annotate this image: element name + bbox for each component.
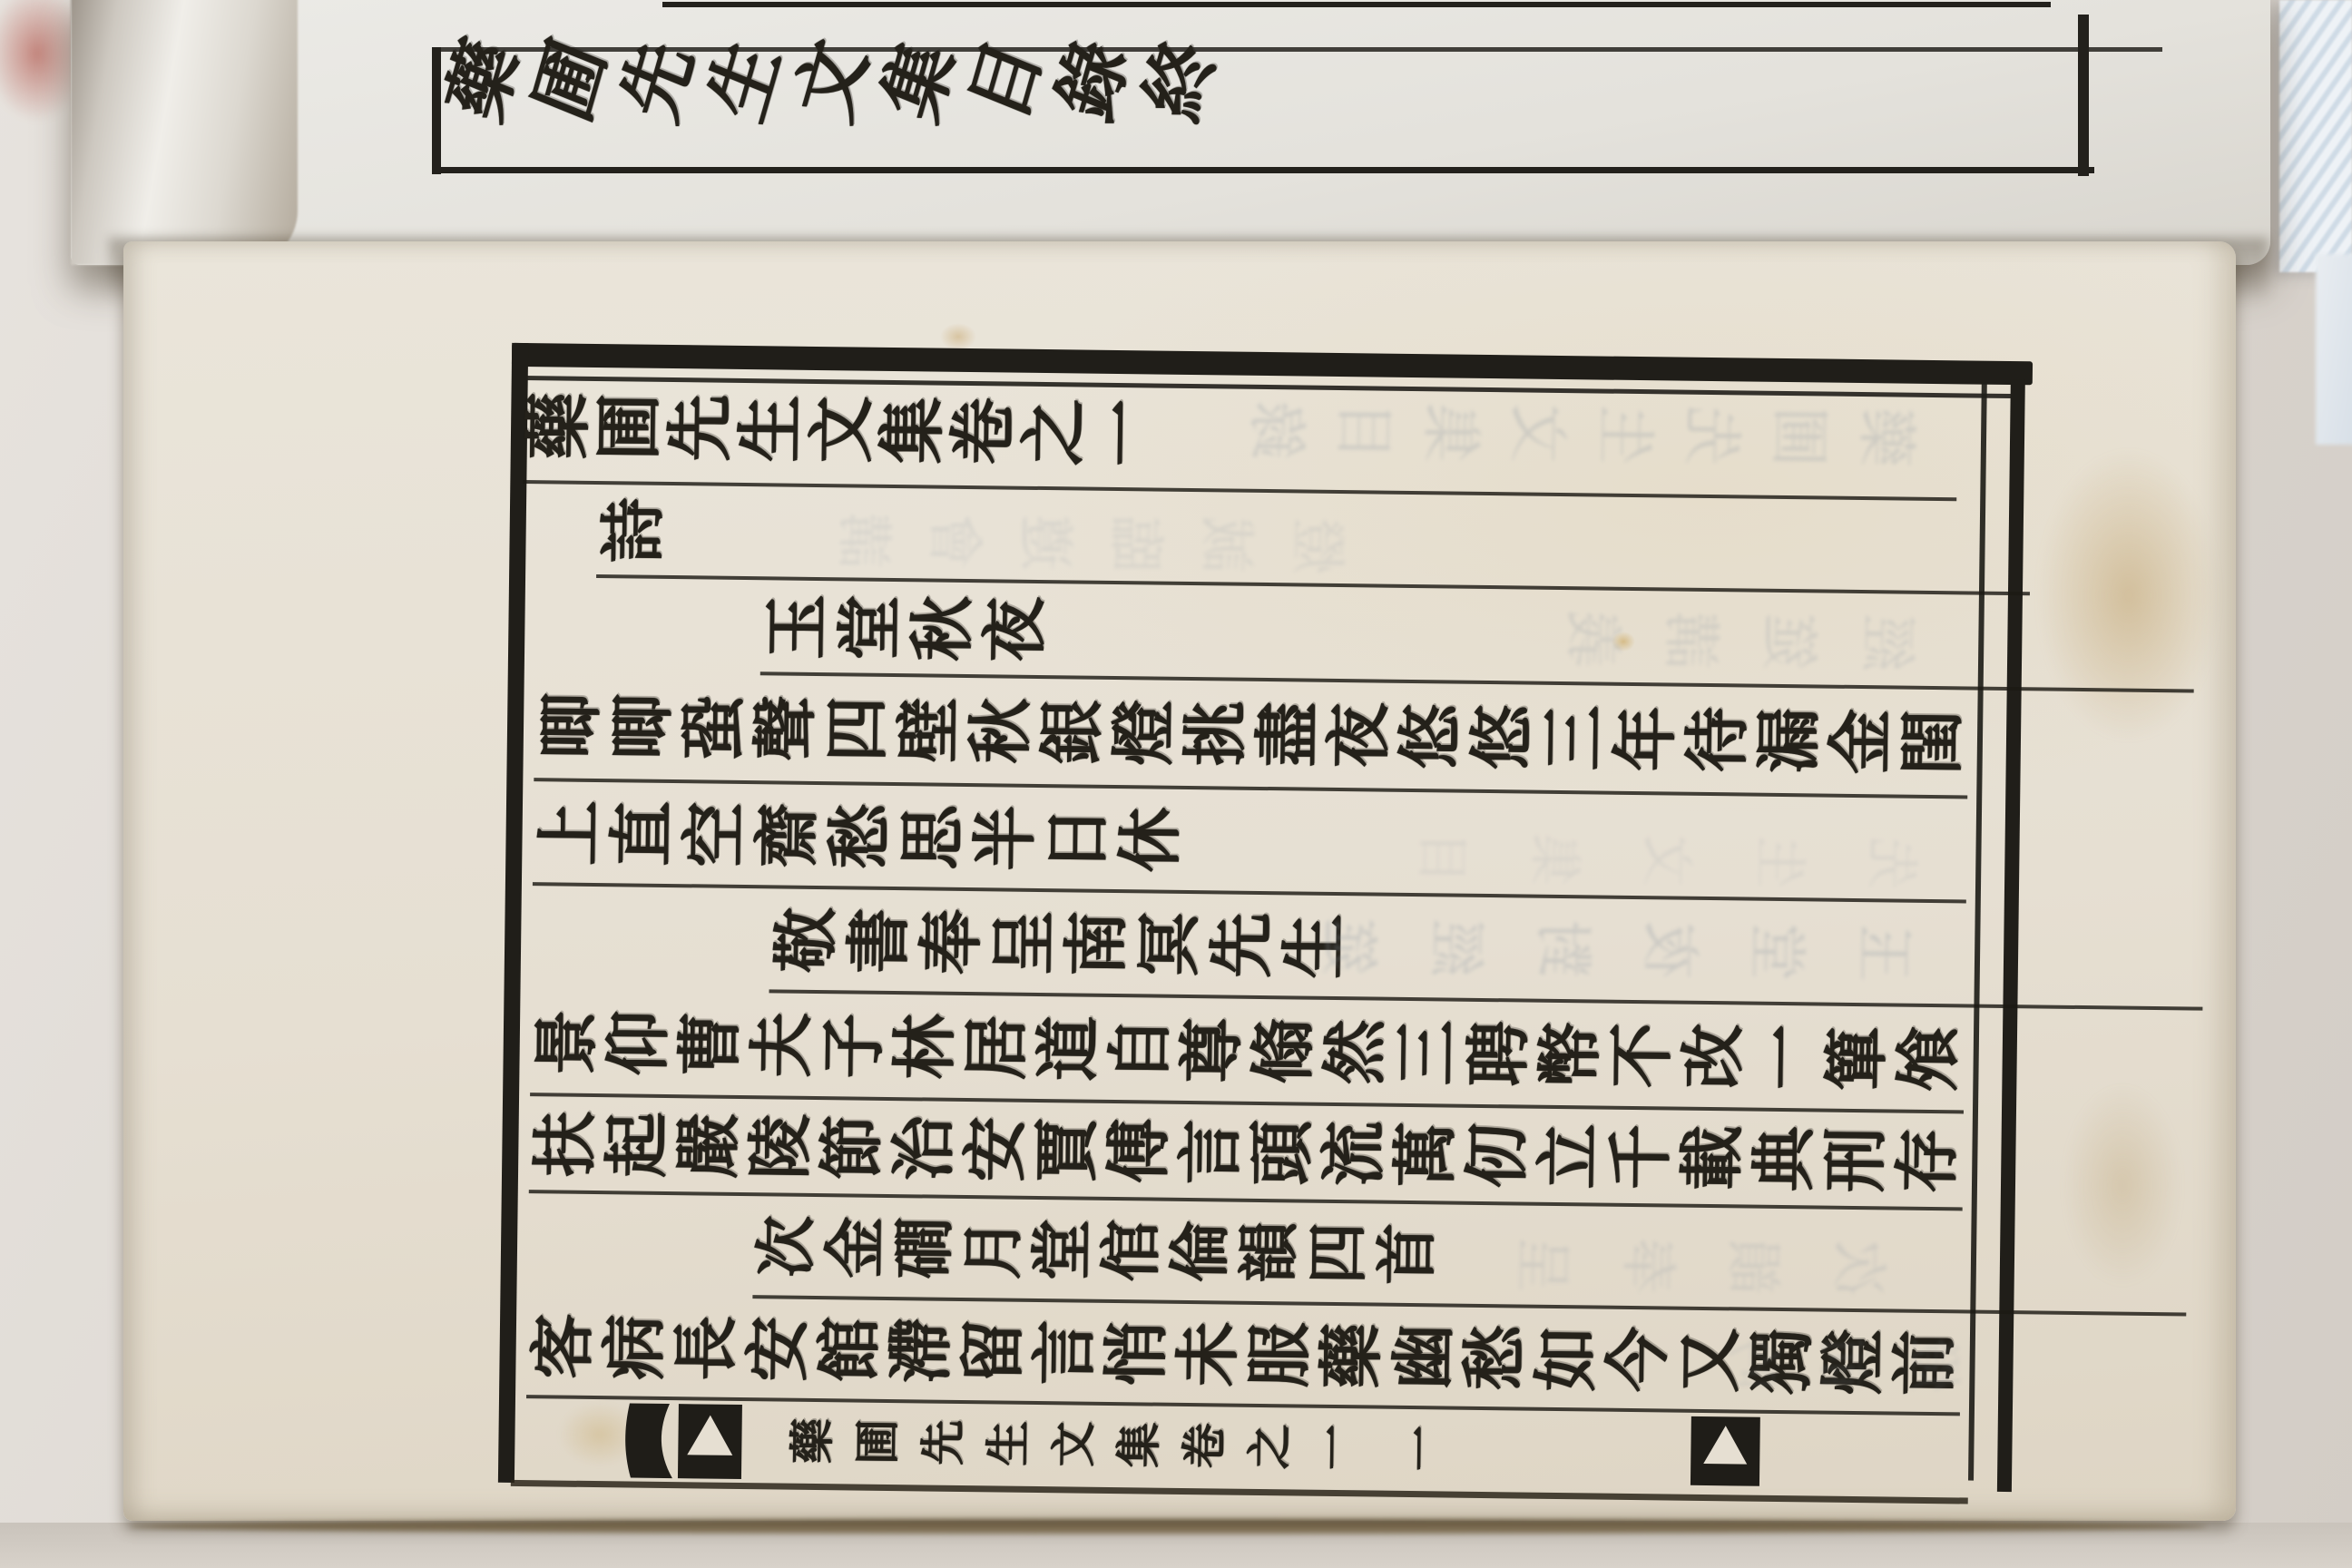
fishtail-ornament-icon bbox=[622, 1401, 750, 1481]
hanzi-glyph: 卷 bbox=[1168, 1413, 1241, 1479]
hanzi-glyph: 一 bbox=[1080, 397, 1171, 468]
hanzi-glyph: 詩 bbox=[587, 493, 679, 566]
hanzi-glyph: 首 bbox=[1363, 1219, 1455, 1289]
row-verse-5: 客病長安館滯留言悄未服藥幽愁如今又獨燈前 bbox=[526, 1296, 1961, 1416]
upper-page-title: 藥圃先生文集目錄終 bbox=[441, 13, 1225, 149]
curled-page-edge bbox=[71, 0, 298, 265]
hanzi-glyph: 生 bbox=[1269, 909, 1360, 983]
blue-fabric-edge bbox=[2279, 0, 2352, 272]
row-verse-2: 上直空齋愁思半日休 bbox=[533, 781, 1967, 903]
hanzi-glyph: 圃 bbox=[841, 1408, 915, 1475]
row-section-poetry: 詩 bbox=[596, 485, 2031, 595]
row-verse-1: 唧唧蛩聲四壁秋銀燈挑盡夜悠悠三年待漏金閨 bbox=[534, 672, 1968, 799]
row-volume-title: 藥圃先生文集卷之一 bbox=[523, 370, 1957, 501]
hanzi-glyph: 飧 bbox=[1883, 1022, 1975, 1094]
row-poem-title-2: 敬書奉呈南冥先生 bbox=[769, 888, 2203, 1010]
hanzi-glyph: 存 bbox=[1881, 1123, 1973, 1196]
paper-stain bbox=[940, 323, 976, 350]
hanzi-glyph: 先 bbox=[906, 1409, 980, 1475]
hanzi-glyph: 之 bbox=[1233, 1414, 1307, 1480]
hanzi-glyph: 一 bbox=[1298, 1415, 1372, 1481]
hanzi-glyph: 文 bbox=[1037, 1411, 1111, 1477]
hanzi-glyph: 休 bbox=[1104, 802, 1196, 876]
main-page: 藥圃先生文集卷之一 詩 玉堂秋夜 唧唧蛩聲四壁秋銀燈挑盡夜悠悠三年待漏金閨 上直… bbox=[123, 241, 2236, 1521]
row-poem-title-3: 次金磵月堂倌倫韻四首 bbox=[752, 1196, 2187, 1316]
book-photograph: 藥圃先生文集目錄終 藥圃先生文集卷之一 詩 玉堂秋夜 唧唧蛩聲四壁秋銀燈挑盡夜悠… bbox=[0, 0, 2352, 1568]
centerfold-page-number: 一 bbox=[1389, 1409, 1455, 1488]
printed-frame: 藥圃先生文集卷之一 詩 玉堂秋夜 唧唧蛩聲四壁秋銀燈挑盡夜悠悠三年待漏金閨 上直… bbox=[498, 343, 2033, 1506]
hanzi-glyph: 閨 bbox=[1886, 706, 1978, 779]
hanzi-glyph: 前 bbox=[1879, 1326, 1971, 1398]
hanzi-glyph: 集 bbox=[1102, 1412, 1176, 1478]
centerfold-strip: 藥圃先生文集卷之一 一 bbox=[511, 1398, 1969, 1504]
blue-fabric-edge-lower bbox=[2316, 254, 2352, 445]
page-bottom-edge bbox=[129, 1519, 2207, 1534]
upper-page: 藥圃先生文集目錄終 bbox=[71, 0, 2270, 265]
row-verse-4: 扶起嚴陵節治安賈傅言頭流萬仞立千載典刑存 bbox=[529, 1096, 1964, 1210]
upper-frame-border-right bbox=[2078, 15, 2089, 176]
upper-frame-line bbox=[662, 2, 2051, 7]
row-poem-title-1: 玉堂秋夜 bbox=[760, 580, 2195, 692]
centerfold-title: 藥圃先生文集卷之一 bbox=[779, 1402, 1368, 1487]
hanzi-glyph: 藥 bbox=[776, 1407, 849, 1474]
row-verse-3: 景仰曹夫子林居道自尊翛然三聘幣不改一簞飧 bbox=[530, 990, 1965, 1113]
fishtail-ornament-icon bbox=[1687, 1415, 1764, 1488]
upper-frame-line-bottom bbox=[434, 167, 2094, 173]
hanzi-glyph: 夜 bbox=[969, 593, 1061, 666]
hanzi-glyph: 一 bbox=[1386, 1416, 1459, 1482]
hanzi-glyph: 生 bbox=[972, 1410, 1045, 1476]
